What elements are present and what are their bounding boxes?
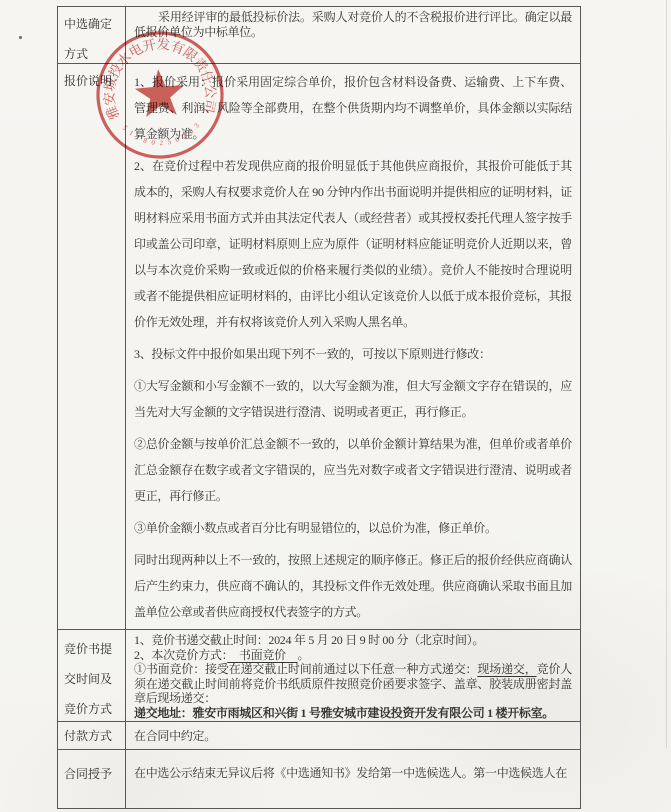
text-segment: ①书面竞价：接受在递交截止时间前通过以下任意一种方式递交： xyxy=(134,662,477,676)
text-segment: 2、本次竞价方式： xyxy=(134,648,227,662)
row-content: 采用经评审的最低投标价法。采购人对竞价人的不含税报价进行评比。确定以最低报价单位… xyxy=(126,7,580,63)
row-label: 报价说明 xyxy=(58,64,126,629)
row-content: 在中选公示结束无异议后将《中选通知书》发给第一中选候选人。第一中选候选人在 xyxy=(126,750,580,808)
table-row-submission-time-method: 竞价书提交时间及竞价方式 1、竞价书递交截止时间：2024 年 5 月 20 日… xyxy=(58,629,580,721)
table-row-contract-award: 合同授予 在中选公示结束无异议后将《中选通知书》发给第一中选候选人。第一中选候选… xyxy=(58,749,580,808)
paragraph: ①书面竞价：接受在递交截止时间前通过以下任意一种方式递交：现场递交，竞价人须在递… xyxy=(134,662,572,706)
paragraph: 3、投标文件中报价如果出现下列不一致的，可按以下原则进行修改： xyxy=(134,341,572,367)
underlined-text: 书面竞价 xyxy=(227,648,297,662)
paragraph: 2、本次竞价方式： 书面竞价 。 xyxy=(134,648,572,663)
delivery-address-line: 递交地址：雅安市雨城区和兴街 1 号雅安城市建设投资开发有限公司 1 楼开标室。 xyxy=(134,706,572,721)
paragraph: ①大写金额和小写金额不一致的，以大写金额为准，但大写金额文字存在错误的，应当先对… xyxy=(134,373,572,425)
row-label: 中选确定方式 xyxy=(58,7,126,63)
table-row-quotation-notes: 报价说明 1、报价采用：报价采用固定综合单价，报价包含材料设备费、运输费、上下车… xyxy=(58,63,580,629)
text-segment: 。 xyxy=(298,648,310,662)
row-label: 竞价书提交时间及竞价方式 xyxy=(58,630,126,721)
table-row-selection-method: 中选确定方式 采用经评审的最低投标价法。采购人对竞价人的不含税报价进行评比。确定… xyxy=(58,7,580,63)
row-label: 合同授予 xyxy=(58,750,126,808)
page-edge-line xyxy=(666,0,667,748)
paragraph: 2、在竞价过程中若发现供应商的报价明显低于其他供应商报价，其报价可能低于其成本的… xyxy=(134,153,572,335)
paragraph: 采用经评审的最低投标价法。采购人对竞价人的不含税报价进行评比。确定以最低报价单位… xyxy=(134,10,572,40)
bid-terms-table: 中选确定方式 采用经评审的最低投标价法。采购人对竞价人的不含税报价进行评比。确定… xyxy=(57,6,581,809)
paragraph: 同时出现两种以上不一致的，按照上述规定的顺序修正。修正后的报价经供应商确认后产生… xyxy=(134,547,572,625)
underlined-text: 现场递交， xyxy=(477,662,536,676)
row-label: 付款方式 xyxy=(58,722,126,749)
row-content: 在合同中约定。 xyxy=(126,722,580,749)
table-row-payment-method: 付款方式 在合同中约定。 xyxy=(58,721,580,749)
paragraph: 1、竞价书递交截止时间：2024 年 5 月 20 日 9 时 00 分（北京时… xyxy=(134,633,572,648)
paragraph: 1、报价采用：报价采用固定综合单价，报价包含材料设备费、运输费、上下车费、管理费… xyxy=(134,69,572,147)
row-content: 1、报价采用：报价采用固定综合单价，报价包含材料设备费、运输费、上下车费、管理费… xyxy=(126,64,580,629)
paragraph: ②总价金额与按单价汇总金额不一致的，以单价金额计算结果为准，但单价或者单价汇总金… xyxy=(134,431,572,509)
paragraph: 在合同中约定。 xyxy=(134,728,572,744)
paragraph: 在中选公示结束无异议后将《中选通知书》发给第一中选候选人。第一中选候选人在 xyxy=(134,765,572,781)
paragraph: ③单价金额小数点或者百分比有明显错位的，以总价为准，修正单价。 xyxy=(134,515,572,541)
scan-speck xyxy=(19,36,22,39)
scanned-document-page: 中选确定方式 采用经评审的最低投标价法。采购人对竞价人的不含税报价进行评比。确定… xyxy=(0,0,671,812)
row-content: 1、竞价书递交截止时间：2024 年 5 月 20 日 9 时 00 分（北京时… xyxy=(126,630,580,721)
